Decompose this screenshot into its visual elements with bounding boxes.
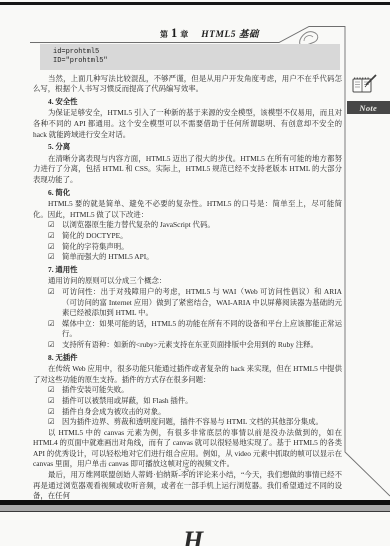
next-page-ornament-glyph: H [183,528,203,546]
section-heading: 7. 通用性 [33,265,342,276]
checklist-text: 媒体中立：如果可能的话，HTML5 的功能在所有不同的设备和平台上应该都能正常运… [62,319,342,340]
paragraph: 在清晰分离表现与内容方面，HTML5 迈出了很大的步伐。HTML5 在所有可能的… [33,154,342,186]
checklist-item: ☑ 简化的 DOCTYPE。 [33,231,342,242]
checklist-text: 支持所有语种：如新的<ruby>元素支持在东亚页面排版中会用到的 Ruby 注释… [62,340,342,351]
checklist-text: 因为插件边界、剪裁和透明度问题，插件不容易与 HTML 文档的其他部分集成。 [62,417,342,428]
checkbox-checked-icon: ☑ [48,407,62,418]
checkbox-checked-icon: ☑ [48,340,62,351]
section-heading: 5. 分离 [33,142,342,153]
paragraph: 以 HTML5 中的 canvas 元素为例，有很多非常底层的事情以前是没办法做… [33,428,342,470]
checklist-item: ☑ 因为插件边界、剪裁和透明度问题，插件不容易与 HTML 文档的其他部分集成。 [33,417,342,428]
checklist-item: ☑ 媒体中立：如果可能的话，HTML5 的功能在所有不同的设备和平台上应该都能正… [33,319,342,340]
paragraph: 当然，上面几种写法比较混乱，不够严谨，但是从用户开发角度考虑，用户不在乎代码怎么… [33,74,342,95]
note-tab: Note [347,101,390,114]
checklist-text: 插件自身会成为被攻击的对象。 [62,407,342,418]
note-tab-label: Note [359,103,377,113]
checklist-text: 可访问性：出于对残障用户的考虑，HTML5 与 WAI（Web 可访问性倡议）和… [62,287,342,319]
checkbox-checked-icon: ☑ [48,417,62,428]
checkbox-checked-icon: ☑ [48,220,62,231]
checkbox-checked-icon: ☑ [48,385,62,396]
checklist-text: 插件可以被禁用或屏蔽，如 Flash 插件。 [62,396,342,407]
checklist-text: 以浏览器原生能力替代复杂的 JavaScript 代码。 [62,220,342,231]
page-number: · 5 · [33,465,342,474]
checkbox-checked-icon: ☑ [48,396,62,407]
checklist-item: ☑ 可访问性：出于对残障用户的考虑，HTML5 与 WAI（Web 可访问性倡议… [33,287,342,319]
section-heading: 4. 安全性 [33,97,342,108]
checklist-item: ☑ 支持所有语种：如新的<ruby>元素支持在东亚页面排版中会用到的 Ruby … [33,340,342,351]
page-body: id=prohtml5 ID="prohtml5" 当然，上面几种写法比较混乱，… [33,44,342,502]
checklist-item: ☑ 插件自身会成为被攻击的对象。 [33,407,342,418]
paragraph: HTML5 要的就是简单、避免不必要的复杂性。HTML5 的口号是：简单至上，尽… [33,199,342,220]
chapter-number: 1 [168,26,180,41]
checklist-item: ☑ 插件可以被禁用或屏蔽，如 Flash 插件。 [33,396,342,407]
checklist-item: ☑ 以浏览器原生能力替代复杂的 JavaScript 代码。 [33,220,342,231]
checkbox-checked-icon: ☑ [48,242,62,253]
chapter-prefix: 第 [160,29,168,40]
checkbox-checked-icon: ☑ [48,231,62,242]
notebook-pencil-icon [350,72,380,98]
checklist-text: 简单而强大的 HTML5 API。 [62,252,342,263]
paragraph: 为保证足够安全，HTML5 引入了一种新的基于来源的安全模型，该模型不仅易用，而… [33,108,342,140]
scan-bottom-bar-line [0,511,390,512]
checkbox-checked-icon: ☑ [48,287,62,319]
code-line: id=prohtml5 [53,48,336,58]
code-line: ID="prohtml5" [53,57,336,67]
checklist-item: ☑ 简单而强大的 HTML5 API。 [33,252,342,263]
checklist-text: 插件安装可能失败。 [62,385,342,396]
scan-top-bar [0,2,390,5]
chapter-title: HTML5 基础 [201,26,259,40]
checklist-text: 简化的字符集声明。 [62,242,342,253]
code-block: id=prohtml5 ID="prohtml5" [40,44,340,70]
chapter-header: 第 1 章 HTML5 基础 [160,26,259,41]
checklist-text: 简化的 DOCTYPE。 [62,231,342,242]
checkbox-checked-icon: ☑ [48,252,62,263]
page: { "header": { "chapter_prefix": "第", "ch… [0,0,390,546]
checklist-item: ☑ 简化的字符集声明。 [33,242,342,253]
section-heading: 8. 无插件 [33,353,342,364]
checkbox-checked-icon: ☑ [48,319,62,340]
checklist-item: ☑ 插件安装可能失败。 [33,385,342,396]
paragraph: 最后，用万维网联盟创始人蒂姆·伯纳斯-李的评论来小结，“今天，我们想做的事情已经… [33,470,342,502]
paragraph: 通用访问的原则可以分成三个概念： [33,276,342,287]
section-heading: 6. 简化 [33,188,342,199]
chapter-suffix: 章 [180,29,188,40]
paragraph: 在传统 Web 应用中，很多功能只能通过插件或者复杂的 hack 来实现，但在 … [33,364,342,385]
